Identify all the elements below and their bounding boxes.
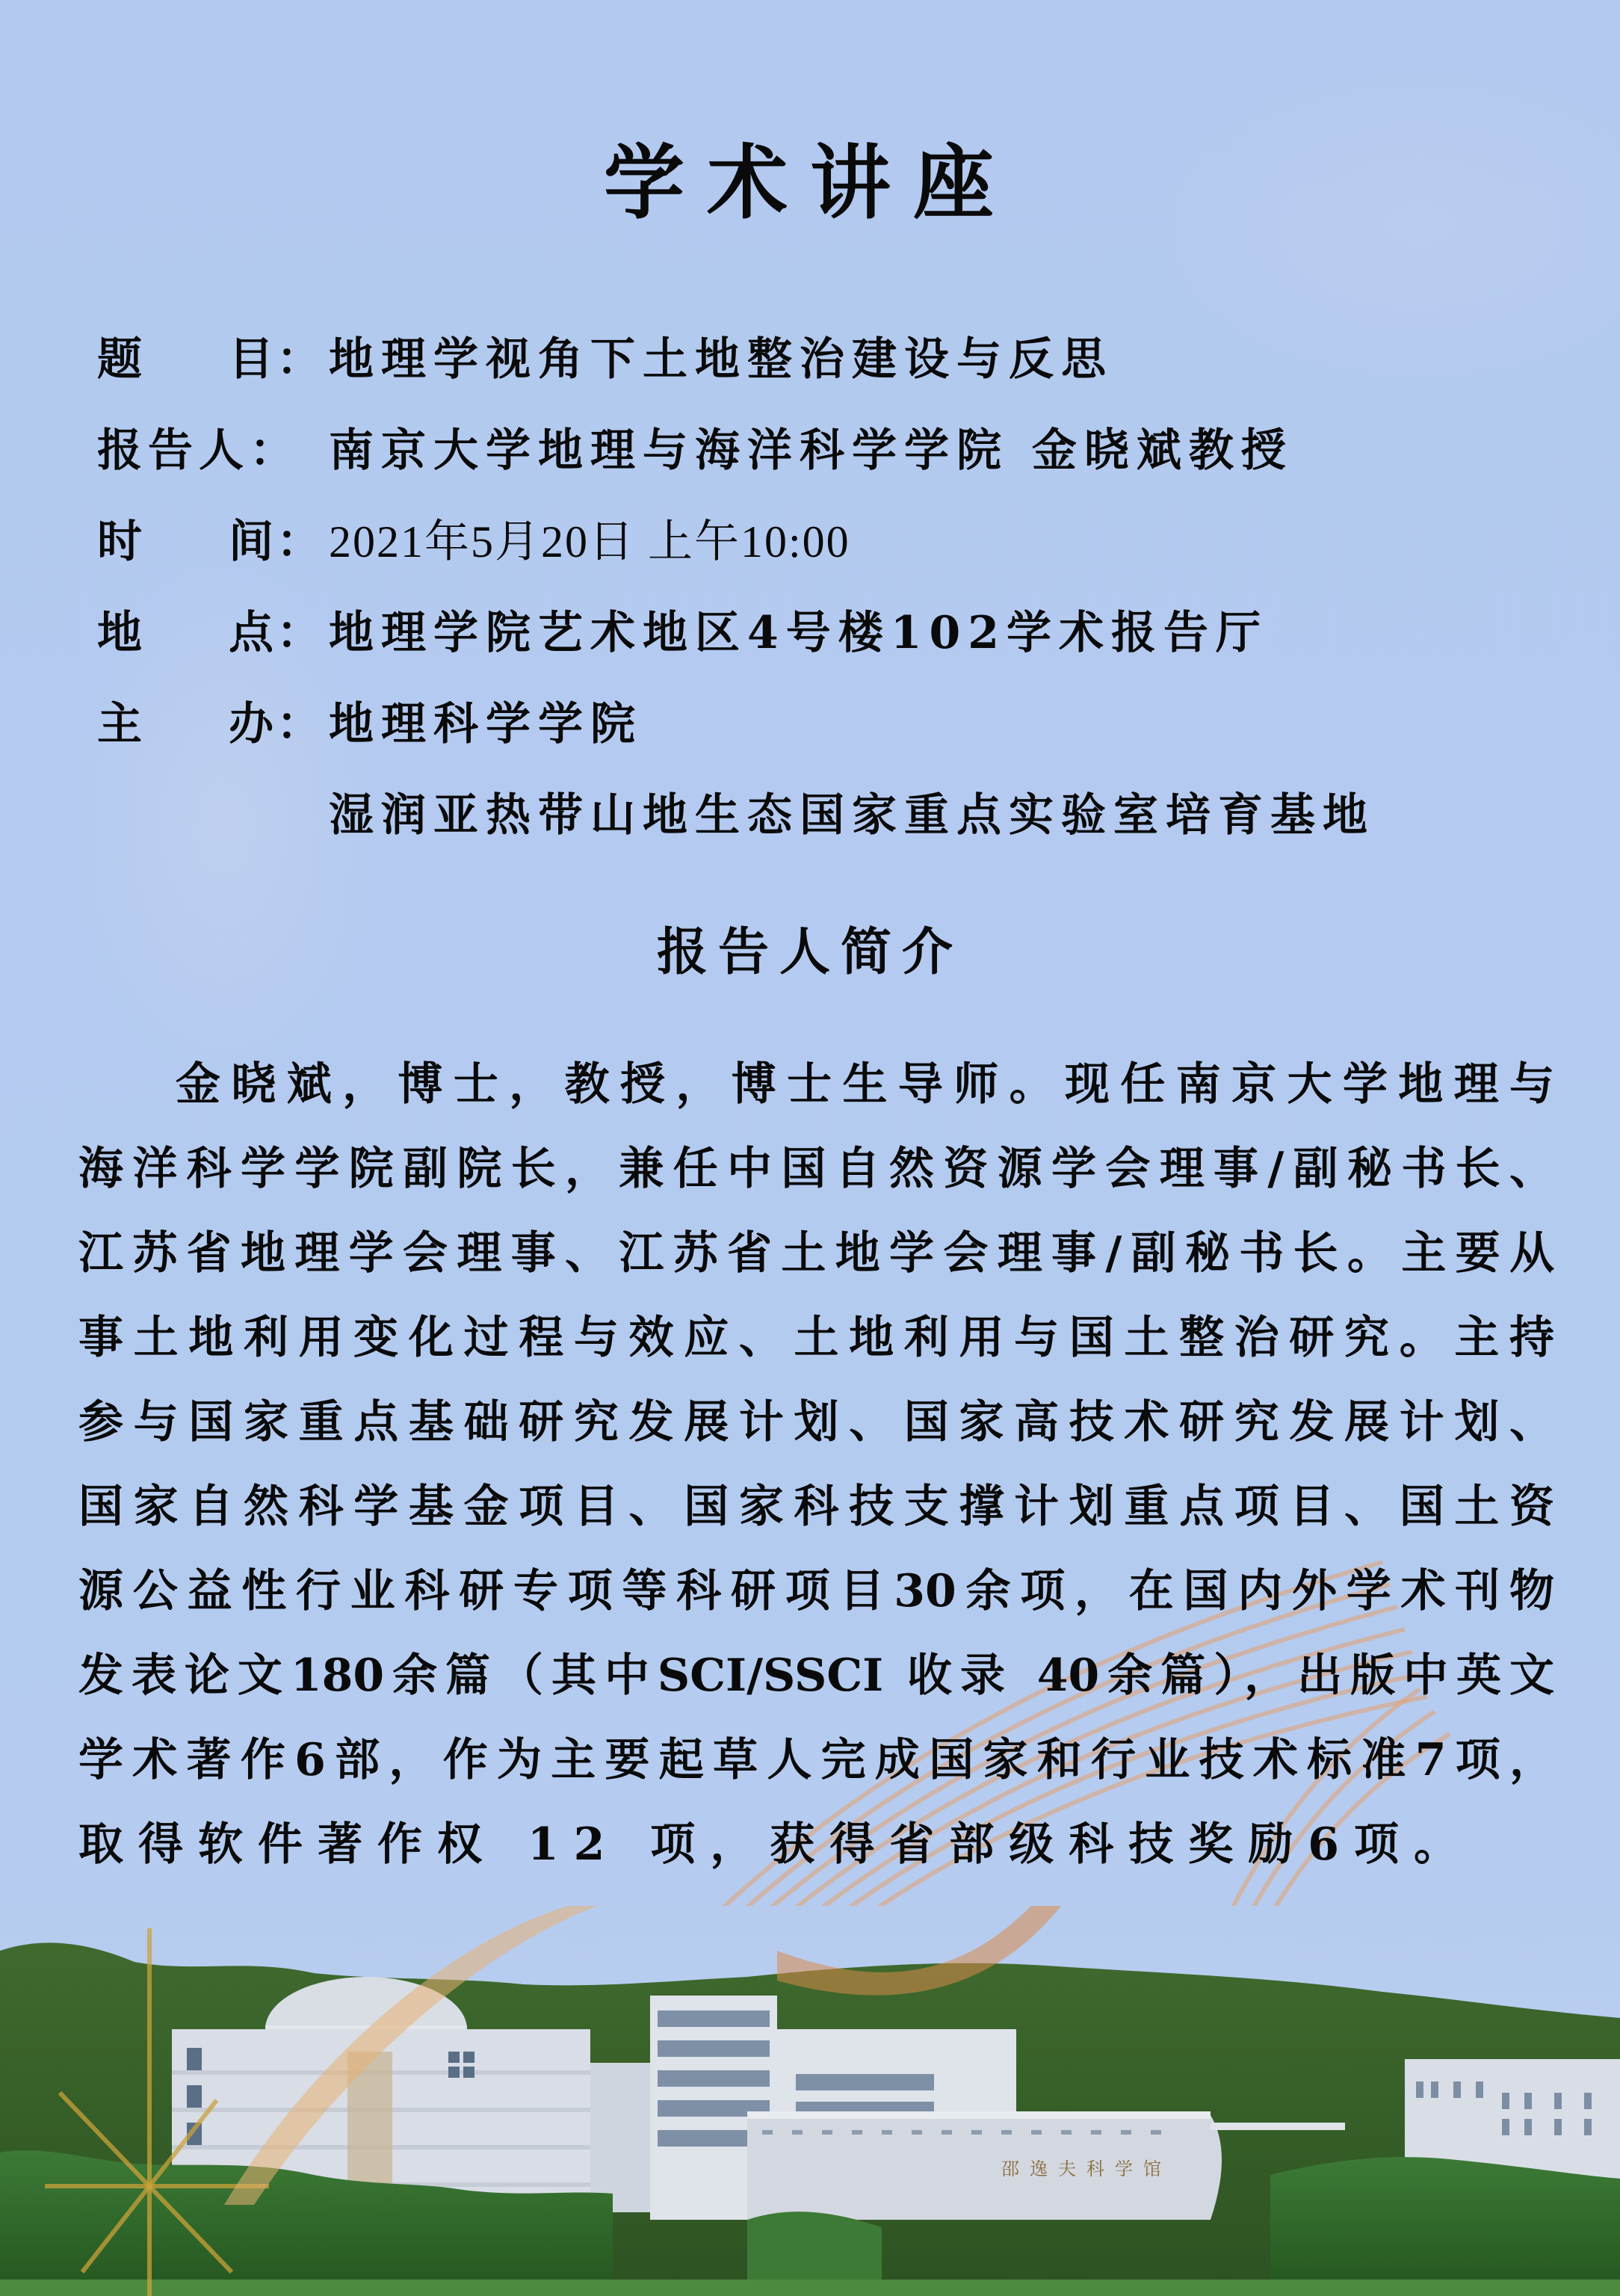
bio-line: 江苏省地理学会理事、江苏省土地学会理事/副秘书长。主要从 xyxy=(78,1212,1554,1296)
info-label: 报告人： xyxy=(97,405,329,496)
info-value-organizer-2: 湿润亚热带山地生态国家重点实验室培育基地 xyxy=(329,770,1375,861)
info-label: 地 点： xyxy=(97,587,329,679)
info-label: 时 间： xyxy=(97,496,329,587)
building-sign: 邵逸夫科学馆 xyxy=(1001,2158,1172,2179)
info-row-time: 时 间： 2021年5月20日 上午10:00 xyxy=(97,496,1554,587)
bio-line: 海洋科学学院副院长，兼任中国自然资源学会理事/副秘书长、 xyxy=(78,1127,1554,1212)
lecture-info: 题 目： 地理学视角下土地整治建设与反思 报告人： 南京大学地理与海洋科学学院 … xyxy=(97,314,1554,861)
info-row-organizer: 主 办： 地理科学学院 xyxy=(97,679,1554,770)
bio-line: 源公益性行业科研专项等科研项目30余项，在国内外学术刊物 xyxy=(78,1549,1554,1634)
poster-title: 学术讲座 xyxy=(0,135,1620,232)
bio-paragraph: 金晓斌，博士，教授，博士生导师。现任南京大学地理与 海洋科学学院副院长，兼任中国… xyxy=(78,1043,1554,1887)
info-value-organizer: 地理科学学院 xyxy=(329,679,643,770)
lecture-poster: 学术讲座 题 目： 地理学视角下土地整治建设与反思 报告人： 南京大学地理与海洋… xyxy=(0,0,1620,2296)
info-label: 主 办： xyxy=(97,679,329,770)
bio-line: 事土地利用变化过程与效应、土地利用与国土整治研究。主持 xyxy=(78,1296,1554,1380)
campus-photo: 邵逸夫科学馆 xyxy=(0,1906,1620,2296)
info-row-speaker: 报告人： 南京大学地理与海洋科学学院 金晓斌教授 xyxy=(97,405,1554,496)
bio-line: 发表论文180余篇（其中SCI/SSCI 收录 40余篇），出版中英文 xyxy=(78,1634,1554,1718)
info-label: 题 目： xyxy=(97,314,329,405)
bio-line: 金晓斌，博士，教授，博士生导师。现任南京大学地理与 xyxy=(78,1043,1554,1127)
campus-buildings-image: 邵逸夫科学馆 xyxy=(0,1906,1620,2296)
bio-line: 参与国家重点基础研究发展计划、国家高技术研究发展计划、 xyxy=(78,1380,1554,1465)
bio-line: 学术著作6部，作为主要起草人完成国家和行业技术标准7项， xyxy=(78,1718,1554,1803)
info-value-speaker: 南京大学地理与海洋科学学院 金晓斌教授 xyxy=(329,405,1293,496)
bio-heading: 报告人简介 xyxy=(0,912,1620,984)
info-row-organizer-2: 湿润亚热带山地生态国家重点实验室培育基地 xyxy=(97,770,1554,861)
info-value-time: 2021年5月20日 上午10:00 xyxy=(329,496,850,587)
info-row-location: 地 点： 地理学院艺术地区4号楼102学术报告厅 xyxy=(97,587,1554,679)
bio-line: 国家自然科学基金项目、国家科技支撑计划重点项目、国土资 xyxy=(78,1465,1554,1549)
info-row-topic: 题 目： 地理学视角下土地整治建设与反思 xyxy=(97,314,1554,405)
info-value-location: 地理学院艺术地区4号楼102学术报告厅 xyxy=(329,587,1268,679)
info-value-topic: 地理学视角下土地整治建设与反思 xyxy=(329,314,1113,405)
bio-line: 取得软件著作权 12 项，获得省部级科技奖励6项。 xyxy=(78,1803,1554,1887)
